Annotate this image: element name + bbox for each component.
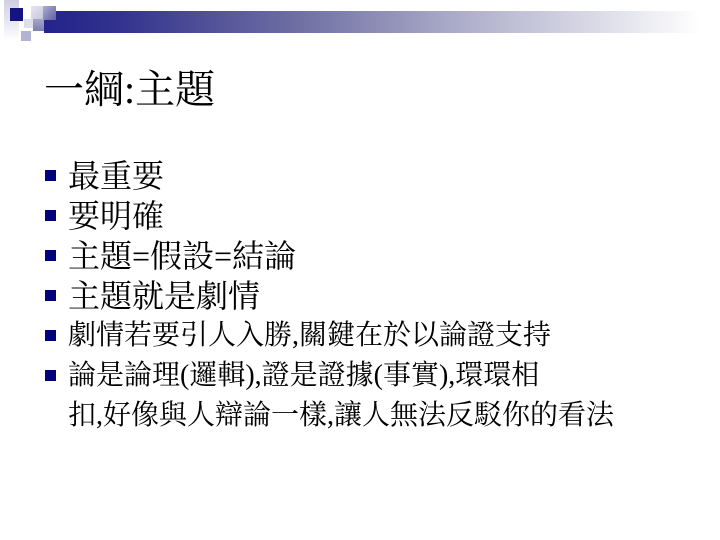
bullet-text: 主題=假設=結論 (68, 236, 296, 276)
list-item: 最重要 (45, 156, 710, 196)
deco-pixel-square-slate (43, 6, 56, 20)
deco-pixel-square-lavender (31, 6, 43, 19)
deco-pixel-square-small (21, 31, 31, 41)
deco-pixel-square-navy (10, 8, 23, 21)
presentation-slide: 一綱:主題 最重要 要明確 主題=假設=結論 主題就是劇情 劇情若要引人入勝,關… (0, 0, 720, 540)
bullet-square-icon (45, 210, 56, 221)
bullet-text: 論是論理(邏輯),證是證據(事實),環環相 (68, 356, 614, 396)
bullet-list: 最重要 要明確 主題=假設=結論 主題就是劇情 劇情若要引人入勝,關鍵在於以論證… (45, 156, 710, 436)
bullet-text: 最重要 (68, 156, 164, 196)
bullet-square-icon (45, 370, 56, 381)
list-item: 要明確 (45, 196, 710, 236)
slide-title: 一綱:主題 (44, 62, 215, 118)
deco-pixel-square-purple (33, 19, 44, 31)
bullet-square-icon (45, 170, 56, 181)
bullet-square-icon (45, 330, 56, 341)
list-item: 論是論理(邏輯),證是證據(事實),環環相 扣,好像與人辯論一樣,讓人無法反駁你… (45, 356, 710, 436)
bullet-square-icon (45, 290, 56, 301)
deco-pixel-square-light (24, 19, 33, 28)
bullet-text: 扣,好像與人辯論一樣,讓人無法反駁你的看法 (68, 396, 614, 436)
bullet-text: 主題就是劇情 (68, 276, 260, 316)
header-gradient-bar (44, 11, 720, 33)
list-item: 劇情若要引人入勝,關鍵在於以論證支持 (45, 316, 710, 356)
list-item: 主題就是劇情 (45, 276, 710, 316)
bullet-square-icon (45, 250, 56, 261)
bullet-text: 劇情若要引人入勝,關鍵在於以論證支持 (68, 316, 551, 356)
list-item: 主題=假設=結論 (45, 236, 710, 276)
bullet-text: 要明確 (68, 196, 164, 236)
left-accent-gradient-bar (4, 0, 19, 42)
